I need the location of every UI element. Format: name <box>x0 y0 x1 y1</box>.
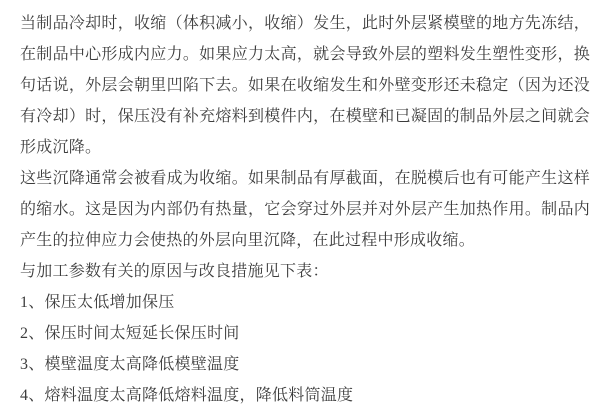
list-item: 4、熔料温度太高降低熔料温度，降低料筒温度 <box>20 380 590 411</box>
document-page: 当制品冷却时，收缩（体积减小，收缩）发生，此时外层紧模壁的地方先冻结，在制品中心… <box>0 0 597 417</box>
paragraph: 当制品冷却时，收缩（体积减小，收缩）发生，此时外层紧模壁的地方先冻结，在制品中心… <box>20 8 590 163</box>
paragraph-group: 当制品冷却时，收缩（体积减小，收缩）发生，此时外层紧模壁的地方先冻结，在制品中心… <box>20 8 590 287</box>
remedy-list: 1、保压太低增加保压2、保压时间太短延长保压时间3、模壁温度太高降低模壁温度4、… <box>20 287 590 411</box>
list-item: 2、保压时间太短延长保压时间 <box>20 318 590 349</box>
paragraph: 这些沉降通常会被看成为收缩。如果制品有厚截面，在脱模后也有可能产生这样的缩水。这… <box>20 163 590 256</box>
list-item: 1、保压太低增加保压 <box>20 287 590 318</box>
paragraph: 与加工参数有关的原因与改良措施见下表： <box>20 256 590 287</box>
list-item: 3、模壁温度太高降低模壁温度 <box>20 349 590 380</box>
document-text-body: 当制品冷却时，收缩（体积减小，收缩）发生，此时外层紧模壁的地方先冻结，在制品中心… <box>20 8 590 411</box>
